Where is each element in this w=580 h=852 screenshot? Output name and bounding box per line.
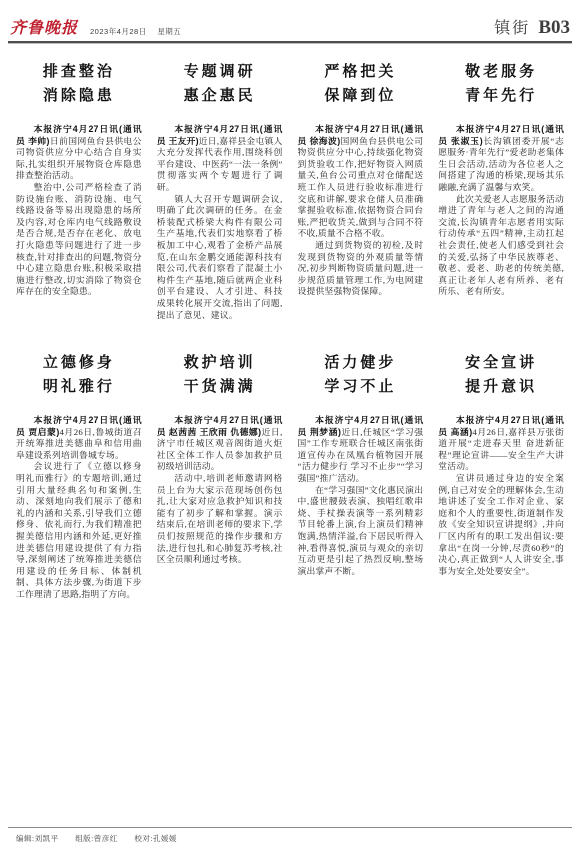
headline-line1: 立德修身 bbox=[16, 351, 142, 375]
article-5-body: 本报济宁4月27日讯(通讯员 贾启蒙)4月26日,鲁城街道召开统筹推进美德曲阜和… bbox=[16, 415, 142, 601]
article-1-headline: 排查整治 消除隐患 bbox=[16, 60, 142, 108]
paragraph: 此次关爱老人志愿服务活动增进了青年与老人之间的沟通交流,长沟镇青年志愿者用实际行… bbox=[438, 194, 564, 298]
paragraph: 本报济宁4月27日讯(通讯员 张淑玉)长沟镇团委开展“志愿服务·青年先行”爱老助… bbox=[438, 124, 564, 194]
paragraph: 在“学习强国”文化惠民演出中,盛世腰鼓表演、独唱红歌串烧、手杖操表演等一系列精彩… bbox=[298, 485, 424, 578]
headline-line1: 敬老服务 bbox=[438, 60, 564, 84]
paragraph: 活动中,培训老师邀请网格员上台为大家示范现场创伤包扎,让大家对应急救护知识和技能… bbox=[157, 473, 283, 566]
headline-line2: 惠企惠民 bbox=[157, 84, 283, 108]
article-1-body: 本报济宁4月27日讯(通讯员 李帅)日前国网鱼台县供电公司物资供应分中心结合自身… bbox=[16, 124, 142, 298]
headline-line1: 救护培训 bbox=[157, 351, 283, 375]
article-4-headline: 敬老服务 青年先行 bbox=[438, 60, 564, 108]
footer-rule bbox=[8, 827, 572, 828]
newspaper-page: 齐鲁晚报 2023年4月28日 星期五 镇街 B03 排查整治 消除隐患 本报济… bbox=[0, 0, 580, 852]
paragraph: 本报济宁4月27日讯(通讯员 李帅)日前国网鱼台县供电公司物资供应分中心结合自身… bbox=[16, 124, 142, 182]
paragraph: 本报济宁4月27日讯(通讯员 贾启蒙)4月26日,鲁城街道召开统筹推进美德曲阜和… bbox=[16, 415, 142, 461]
headline-line1: 活力健步 bbox=[298, 351, 424, 375]
headline-line2: 青年先行 bbox=[438, 84, 564, 108]
article-3: 严格把关 保障到位 本报济宁4月27日讯(通讯员 徐海波)国网鱼台县供电公司物资… bbox=[298, 56, 424, 321]
page-footer: 编辑:刘凯平 组版:曾彦红 校对:孔媛媛 bbox=[0, 827, 580, 844]
paragraph: 整治中,公司严格检查了消防设施台账、消防设施、电气线路设备等易出现隐患的场所及内… bbox=[16, 182, 142, 298]
article-2-body: 本报济宁4月27日讯(通讯员 王友开)近日,嘉祥县金屯镇人大充分发挥代表作用,围… bbox=[157, 124, 283, 321]
issue-info: 2023年4月28日 星期五 bbox=[90, 28, 181, 38]
paragraph: 镇人大召开专题调研会议,明确了此次调研的任务。在金桥装配式桥梁大构件有限公司生产… bbox=[157, 194, 283, 322]
headline-line2: 保障到位 bbox=[298, 84, 424, 108]
article-7-body: 本报济宁4月27日讯(通讯员 荆梦涵)近日,任城区“学习强国”工作专班联合任城区… bbox=[298, 415, 424, 577]
paragraph: 本报济宁4月27日讯(通讯员 徐海波)国网鱼台县供电公司物资供应分中心,持续强化… bbox=[298, 124, 424, 240]
article-8-headline: 安全宣讲 提升意识 bbox=[438, 351, 564, 399]
article-4: 敬老服务 青年先行 本报济宁4月27日讯(通讯员 张淑玉)长沟镇团委开展“志愿服… bbox=[438, 56, 564, 321]
article-3-headline: 严格把关 保障到位 bbox=[298, 60, 424, 108]
headline-line1: 严格把关 bbox=[298, 60, 424, 84]
article-2: 专题调研 惠企惠民 本报济宁4月27日讯(通讯员 王友开)近日,嘉祥县金屯镇人大… bbox=[157, 56, 283, 321]
headline-line1: 专题调研 bbox=[157, 60, 283, 84]
article-3-body: 本报济宁4月27日讯(通讯员 徐海波)国网鱼台县供电公司物资供应分中心,持续强化… bbox=[298, 124, 424, 298]
article-7-headline: 活力健步 学习不止 bbox=[298, 351, 424, 399]
credits: 编辑:刘凯平 组版:曾彦红 校对:孔媛媛 bbox=[0, 833, 580, 844]
article-8: 安全宣讲 提升意识 本报济宁4月27日讯(通讯员 高涵)4月26日,嘉祥县万张街… bbox=[438, 347, 564, 601]
headline-line2: 干货满满 bbox=[157, 375, 283, 399]
paragraph: 本报济宁4月27日讯(通讯员 赵茜茜 王欣雨 仇德娜)近日,济宁市任城区观音阁街… bbox=[157, 415, 283, 473]
article-8-body: 本报济宁4月27日讯(通讯员 高涵)4月26日,嘉祥县万张街道开展“走进春天里 … bbox=[438, 415, 564, 577]
issue-date: 2023年4月28日 bbox=[90, 27, 147, 36]
article-4-body: 本报济宁4月27日讯(通讯员 张淑玉)长沟镇团委开展“志愿服务·青年先行”爱老助… bbox=[438, 124, 564, 298]
page-number: B03 bbox=[538, 18, 570, 37]
headline-line2: 学习不止 bbox=[298, 375, 424, 399]
headline-line2: 提升意识 bbox=[438, 375, 564, 399]
article-7: 活力健步 学习不止 本报济宁4月27日讯(通讯员 荆梦涵)近日,任城区“学习强国… bbox=[298, 347, 424, 601]
article-1: 排查整治 消除隐患 本报济宁4月27日讯(通讯员 李帅)日前国网鱼台县供电公司物… bbox=[16, 56, 142, 321]
article-5: 立德修身 明礼雅行 本报济宁4月27日讯(通讯员 贾启蒙)4月26日,鲁城街道召… bbox=[16, 347, 142, 601]
headline-line2: 明礼雅行 bbox=[16, 375, 142, 399]
headline-line1: 排查整治 bbox=[16, 60, 142, 84]
article-6-body: 本报济宁4月27日讯(通讯员 赵茜茜 王欣雨 仇德娜)近日,济宁市任城区观音阁街… bbox=[157, 415, 283, 566]
paragraph: 会议进行了《立德以修身 明礼而雅行》的专题培训,通过引用大量经典名句和案例,生动… bbox=[16, 461, 142, 600]
paragraph: 通过到货物资的初检,及时发现到货物资的外观质量等情况,初步判断物资质量问题,进一… bbox=[298, 240, 424, 298]
article-2-headline: 专题调研 惠企惠民 bbox=[157, 60, 283, 108]
paragraph: 本报济宁4月27日讯(通讯员 高涵)4月26日,嘉祥县万张街道开展“走进春天里 … bbox=[438, 415, 564, 473]
proofreader-credit: 校对:孔媛媛 bbox=[134, 834, 177, 843]
newspaper-logo: 齐鲁晚报 bbox=[10, 21, 78, 37]
articles-grid: 排查整治 消除隐患 本报济宁4月27日讯(通讯员 李帅)日前国网鱼台县供电公司物… bbox=[0, 44, 580, 601]
section-title: 镇街 bbox=[494, 21, 530, 37]
headline-line2: 消除隐患 bbox=[16, 84, 142, 108]
editor-credit: 编辑:刘凯平 bbox=[16, 834, 59, 843]
paragraph: 宣讲员通过身边的安全案例,自己对安全的理解体会,生动地讲述了安全工作对企业、家庭… bbox=[438, 473, 564, 577]
article-6: 救护培训 干货满满 本报济宁4月27日讯(通讯员 赵茜茜 王欣雨 仇德娜)近日,… bbox=[157, 347, 283, 601]
article-5-headline: 立德修身 明礼雅行 bbox=[16, 351, 142, 399]
issue-weekday: 星期五 bbox=[157, 27, 181, 36]
masthead: 齐鲁晚报 2023年4月28日 星期五 镇街 B03 bbox=[0, 0, 580, 37]
paragraph: 本报济宁4月27日讯(通讯员 王友开)近日,嘉祥县金屯镇人大充分发挥代表作用,围… bbox=[157, 124, 283, 194]
article-6-headline: 救护培训 干货满满 bbox=[157, 351, 283, 399]
headline-line1: 安全宣讲 bbox=[438, 351, 564, 375]
paragraph-text: 国网鱼台县供电公司物资供应分中心,持续强化物资到货验收工作,把好物资入网质量关,… bbox=[298, 136, 424, 239]
typesetter-credit: 组版:曾彦红 bbox=[75, 834, 118, 843]
paragraph: 本报济宁4月27日讯(通讯员 荆梦涵)近日,任城区“学习强国”工作专班联合任城区… bbox=[298, 415, 424, 485]
masthead-right: 镇街 B03 bbox=[494, 18, 570, 37]
